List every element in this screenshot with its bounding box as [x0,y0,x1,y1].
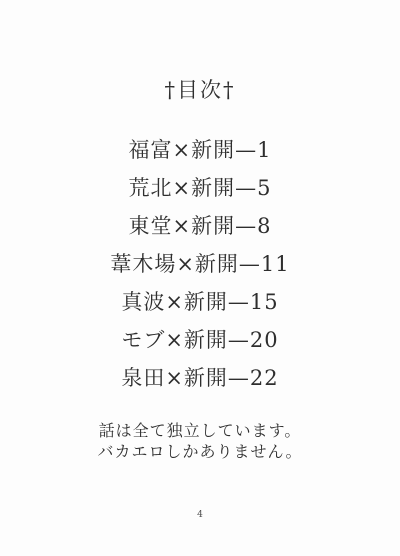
toc-entry: 葦木場×新開—11 [0,245,400,283]
toc-list: 福富×新開—1 荒北×新開—5 東堂×新開—8 葦木場×新開—11 真波×新開—… [0,131,400,397]
toc-entry: 泉田×新開—22 [0,359,400,397]
scanned-toc-page: †目次† 福富×新開—1 荒北×新開—5 東堂×新開—8 葦木場×新開—11 真… [0,0,400,556]
toc-entry: 福富×新開—1 [0,131,400,169]
toc-entry: モブ×新開—20 [0,321,400,359]
note-line: バカエロしかありません。 [0,441,400,462]
toc-entry: 真波×新開—15 [0,283,400,321]
note-text: 話は全て独立しています。 バカエロしかありません。 [0,420,400,462]
page-number: 4 [0,510,400,520]
toc-entry: 荒北×新開—5 [0,169,400,207]
toc-entry: 東堂×新開—8 [0,207,400,245]
page-title: †目次† [0,74,400,104]
note-line: 話は全て独立しています。 [0,420,400,441]
